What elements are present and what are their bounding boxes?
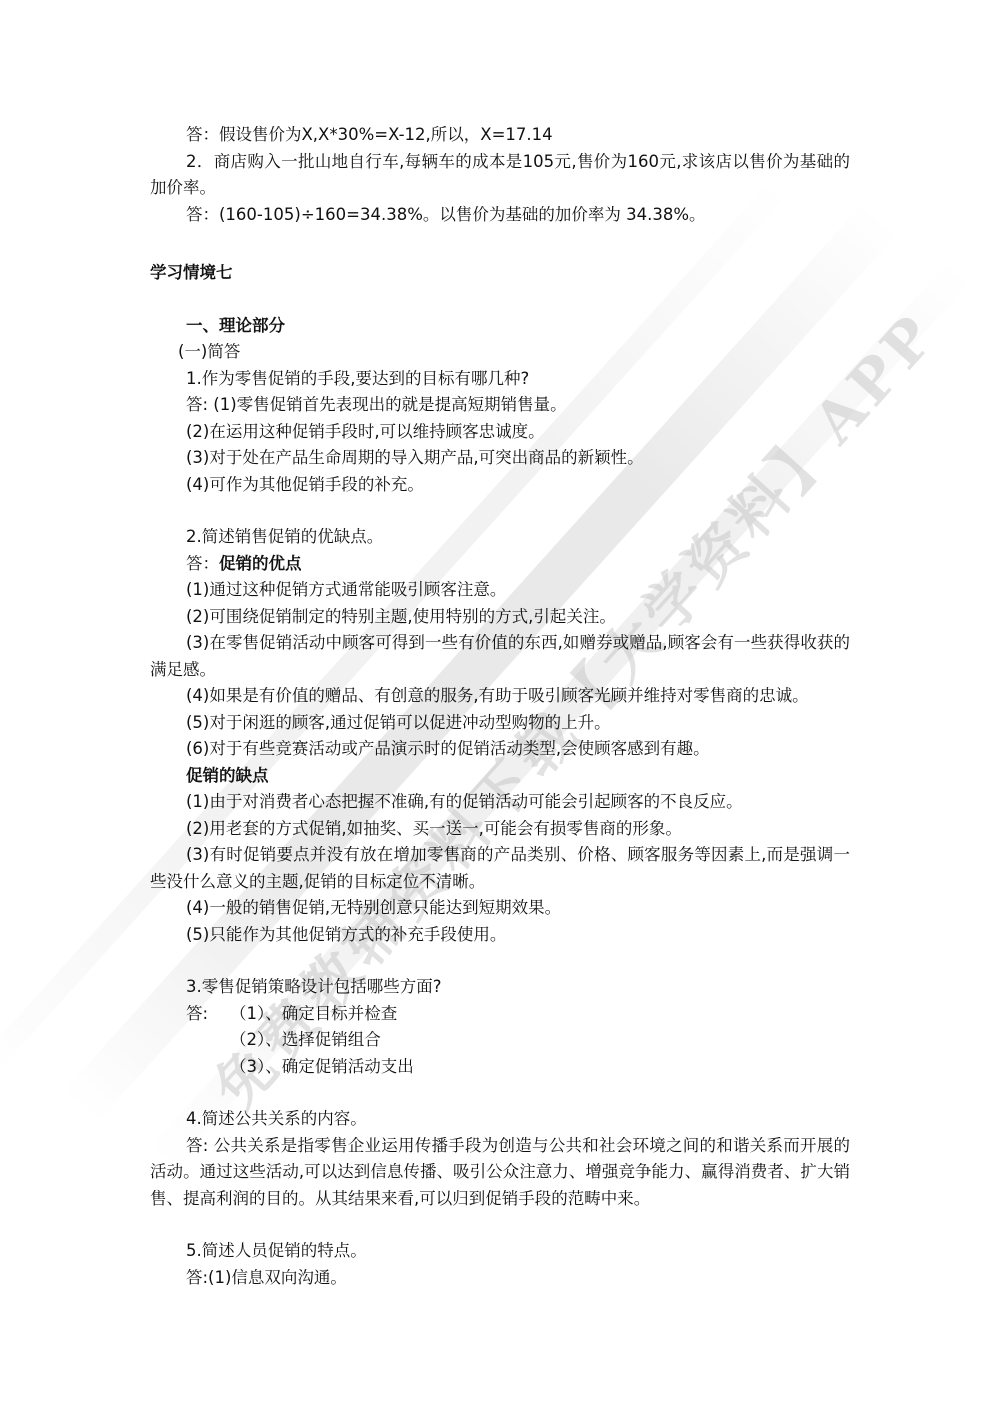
answer-item: （1）、确定目标并检查: [230, 1004, 397, 1023]
question-1: 1.作为零售促销的手段,要达到的目标有哪几种?: [150, 366, 850, 393]
pros-heading: 促销的优点: [219, 554, 302, 573]
question-5: 5.简述人员促销的特点。: [150, 1238, 850, 1265]
question-2-answer-header: 答：促销的优点: [150, 551, 850, 578]
pros-item: (5)对于闲逛的顾客,通过促销可以促进冲动型购物的上升。: [150, 710, 850, 737]
cons-item: (4)一般的销售促销,无特别创意只能达到短期效果。: [150, 895, 850, 922]
answer-prefix: 答:: [186, 1001, 230, 1028]
cons-heading: 促销的缺点: [150, 763, 850, 790]
question-1-answer-line: (4)可作为其他促销手段的补充。: [150, 472, 850, 499]
question-3-answer-line: 答:（1）、确定目标并检查: [150, 1001, 850, 1028]
part-title: 一、理论部分: [150, 313, 850, 340]
cons-item: (1)由于对消费者心态把握不准确,有的促销活动可能会引起顾客的不良反应。: [150, 789, 850, 816]
chapter-title: 学习情境七: [150, 260, 850, 287]
question-2-prev-answer: 答：(160-105)÷160=34.38%。以售价为基础的加价率为 34.38…: [150, 202, 850, 229]
previous-answer: 答：假设售价为X,X*30%=X-12,所以，X=17.14: [150, 122, 850, 149]
pros-item: (1)通过这种促销方式通常能吸引顾客注意。: [150, 577, 850, 604]
question-3-answer-line: （2）、选择促销组合: [150, 1027, 850, 1054]
document-page: 免费教辅资料下载【大学资料】APP 答：假设售价为X,X*30%=X-12,所以…: [0, 0, 993, 1404]
cons-item: (2)用老套的方式促销,如抽奖、买一送一,可能会有损零售商的形象。: [150, 816, 850, 843]
question-1-answer-line: (2)在运用这种促销手段时,可以维持顾客忠诚度。: [150, 419, 850, 446]
question-4: 4.简述公共关系的内容。: [150, 1106, 850, 1133]
pros-item: (2)可围绕促销制定的特别主题,使用特别的方式,引起关注。: [150, 604, 850, 631]
pros-item: (4)如果是有价值的赠品、有创意的服务,有助于吸引顾客光顾并维持对零售商的忠诚。: [150, 683, 850, 710]
question-2: 2.简述销售促销的优缺点。: [150, 524, 850, 551]
cons-item: (5)只能作为其他促销方式的补充手段使用。: [150, 922, 850, 949]
question-3: 3.零售促销策略设计包括哪些方面?: [150, 974, 850, 1001]
question-5-answer-line: 答:(1)信息双向沟通。: [150, 1265, 850, 1292]
pros-item: (6)对于有些竞赛活动或产品演示时的促销活动类型,会使顾客感到有趣。: [150, 736, 850, 763]
cons-item: (3)有时促销要点并没有放在增加零售商的产品类别、价格、顾客服务等因素上,而是强…: [150, 842, 850, 895]
answer-prefix: 答：: [186, 554, 219, 573]
sub-section-title: (一)简答: [150, 339, 850, 366]
question-3-answer-line: （3）、确定促销活动支出: [150, 1054, 850, 1081]
document-content: 答：假设售价为X,X*30%=X-12,所以，X=17.14 2．商店购入一批山…: [150, 122, 850, 1291]
question-4-answer: 答: 公共关系是指零售企业运用传播手段为创造与公共和社会环境之间的和谐关系而开展…: [150, 1133, 850, 1213]
question-1-answer-line: (3)对于处在产品生命周期的导入期产品,可突出商品的新颖性。: [150, 445, 850, 472]
pros-item: (3)在零售促销活动中顾客可得到一些有价值的东西,如赠券或赠品,顾客会有一些获得…: [150, 630, 850, 683]
question-1-answer-line: 答: (1)零售促销首先表现出的就是提高短期销售量。: [150, 392, 850, 419]
question-2-prev: 2．商店购入一批山地自行车,每辆车的成本是105元,售价为160元,求该店以售价…: [150, 149, 850, 202]
